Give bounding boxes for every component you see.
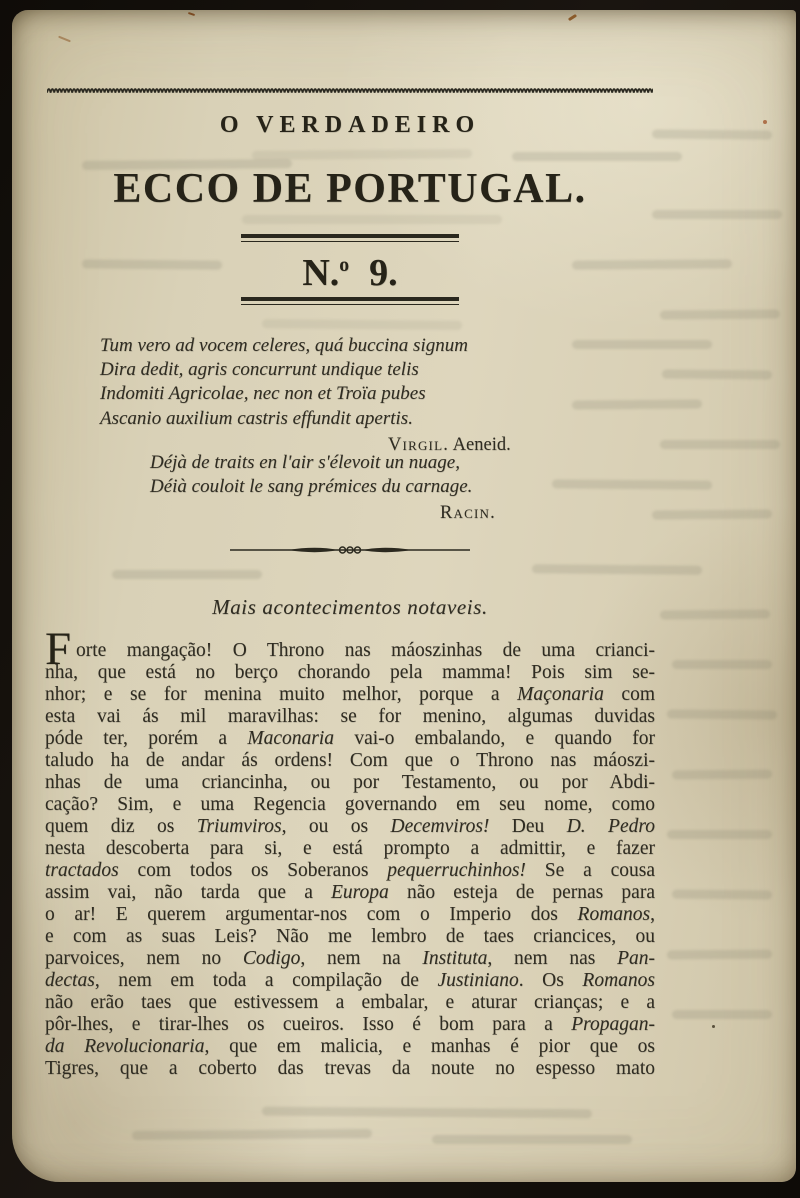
article-text: com [604, 684, 655, 705]
epigraph-line: Tum vero ad vocem celeres, quá buccina s… [100, 334, 511, 358]
article-text: com todos os Soberanos [119, 860, 388, 881]
issue-prefix: N. [302, 252, 339, 294]
article-text: cação? Sim, e uma Regencia governando em… [45, 794, 655, 815]
bleed-through-mark [667, 950, 772, 960]
article-italic-text: dectas [45, 970, 95, 991]
epigraph-line: Dira dedit, agris concurrunt undique tel… [100, 358, 511, 382]
article-line: não erão taes que estivessem a embalar, … [45, 992, 655, 1014]
article-line: tractados com todos os Soberanos pequerr… [45, 860, 655, 882]
epigraph-line: Déjà de traits en l'air s'élevoit un nua… [150, 451, 496, 475]
article-italic-text: Maçonaria [517, 684, 604, 705]
article-text: não esteja de pernas para [389, 882, 655, 903]
latin-epigraph-lines: Tum vero ad vocem celeres, quá buccina s… [100, 334, 511, 431]
article-text: , nem em toda a compilação de [95, 970, 438, 991]
article-text: pôr-lhes, e tirar-lhes os cueiros. Isso … [45, 1014, 571, 1035]
bleed-through-mark [652, 210, 782, 219]
ornament-divider-svg [228, 543, 472, 557]
article-text: póde ter, porém a [45, 728, 247, 749]
article-line: da Revolucionaria, que em malicia, e man… [45, 1036, 655, 1058]
article-line: Tigres, que a coberto das trevas da nout… [45, 1058, 655, 1080]
article-line: nesta descoberta para si, e está prompto… [45, 838, 655, 860]
article-italic-text: Maconaria [247, 728, 334, 749]
issue-ordinal-sign: o [339, 254, 349, 276]
article-italic-text: D. Pedro [567, 816, 655, 837]
article-text: vai-o embalando, e quando for [334, 728, 655, 749]
article-italic-text: Justiniano [438, 970, 519, 991]
bleed-through-mark [672, 770, 772, 780]
article-text: nesta descoberta para si, e está prompto… [45, 838, 655, 859]
masthead-title: ECCO DE PORTUGAL. [45, 165, 655, 213]
epigraph-line: Déià couloit le sang prémices du carnage… [150, 475, 496, 499]
french-epigraph: Déjà de traits en l'air s'élevoit un nua… [150, 451, 496, 524]
bleed-through-mark [652, 509, 772, 519]
article-line: nhor; e se for menina muito melhor, porq… [45, 684, 655, 706]
article-body: orte mangação! O Throno nas máoszinhas d… [45, 640, 655, 1080]
article-line: taludo ha de andar ás ordens! Com que o … [45, 750, 655, 772]
bleed-through-mark [660, 610, 770, 620]
article-text: não erão taes que estivessem a embalar, … [45, 992, 655, 1013]
article-line: pôr-lhes, e tirar-lhes os cueiros. Isso … [45, 1014, 655, 1036]
article-italic-text: Romanos [578, 904, 651, 925]
article-italic-text: Pan- [617, 948, 655, 969]
bleed-through-mark [660, 440, 780, 449]
article-italic-text: Propagan- [571, 1014, 655, 1035]
article-text: assim vai, não tarda que a [45, 882, 331, 903]
article-line: dectas, nem em toda a compilação de Just… [45, 970, 655, 992]
article-italic-text: Instituta [422, 948, 487, 969]
zigzag-rule [47, 82, 653, 93]
article-line: o ar! E querem argumentar-nos com o Impe… [45, 904, 655, 926]
article-text: . Os [519, 970, 583, 991]
article-line: assim vai, não tarda que a Europa não es… [45, 882, 655, 904]
bleed-through-mark [672, 890, 772, 900]
article-line: quem diz os Triumviros, ou os Decemviros… [45, 816, 655, 838]
article-italic-text: Triumviros [197, 816, 282, 837]
bleed-through-mark [660, 309, 780, 319]
article-heading: Mais acontecimentos notaveis. [45, 595, 655, 620]
article-line: póde ter, porém a Maconaria vai-o embala… [45, 728, 655, 750]
article-italic-text: da Revolucionaria [45, 1036, 204, 1057]
article-text: , nem nas [487, 948, 617, 969]
article-text: Se a cousa [526, 860, 655, 881]
ornament-divider [228, 543, 472, 557]
issue-value: 9. [369, 252, 398, 294]
article-italic-text: tractados [45, 860, 119, 881]
article-text: , que em malicia, e manhas é pior que os [204, 1036, 655, 1057]
french-attribution: Racin. [150, 503, 496, 524]
article-italic-text: Codigo [243, 948, 300, 969]
bleed-through-mark [667, 830, 772, 839]
bleed-through-mark [672, 1010, 772, 1019]
french-attribution-author: Racin. [440, 503, 496, 523]
article-text: e com as suas Leis? Não me lembro de tae… [45, 926, 655, 947]
paper-speck [763, 120, 767, 124]
article-text: parvoices, nem no [45, 948, 243, 969]
bleed-through-mark [667, 710, 777, 720]
paper-speck [712, 1025, 715, 1028]
article-text: Tigres, que a coberto das trevas da nout… [45, 1058, 655, 1079]
article-line: e com as suas Leis? Não me lembro de tae… [45, 926, 655, 948]
article-text: , [650, 904, 655, 925]
epigraph-line: Indomiti Agricolae, nec non et Troïa pub… [100, 382, 511, 406]
article-italic-text: Europa [331, 882, 389, 903]
bleed-through-mark [672, 660, 772, 669]
french-epigraph-lines: Déjà de traits en l'air s'élevoit un nua… [150, 451, 496, 499]
bleed-through-mark [662, 370, 772, 380]
article-text: quem diz os [45, 816, 197, 837]
masthead-pretitle: O VERDADEIRO [45, 112, 655, 139]
article-text: nhor; e se for menina muito melhor, porq… [45, 684, 517, 705]
article-text: orte mangação! O Throno nas máoszinhas d… [76, 640, 655, 661]
text-column: O VERDADEIRO ECCO DE PORTUGAL. N.o9. Tum… [45, 10, 655, 1182]
article-line: esta vai ás mil maravilhas: se for menin… [45, 706, 655, 728]
article-text: , ou os [282, 816, 391, 837]
article-line: nhas de uma criancinha, ou por Testament… [45, 772, 655, 794]
article-text: taludo ha de andar ás ordens! Com que o … [45, 750, 655, 771]
newspaper-page: O VERDADEIRO ECCO DE PORTUGAL. N.o9. Tum… [12, 10, 796, 1182]
double-rule-bottom [241, 297, 459, 305]
article-italic-text: Romanos [582, 970, 655, 991]
latin-epigraph: Tum vero ad vocem celeres, quá buccina s… [100, 334, 511, 456]
article-text: esta vai ás mil maravilhas: se for menin… [45, 706, 655, 727]
article-italic-text: pequerruchinhos! [387, 860, 526, 881]
article-line: parvoices, nem no Codigo, nem na Institu… [45, 948, 655, 970]
bleed-through-mark [652, 129, 772, 139]
article-line: nha, que está no berço chorando pela mam… [45, 662, 655, 684]
zigzag-rule-svg [47, 84, 653, 95]
article-text: o ar! E querem argumentar-nos com o Impe… [45, 904, 578, 925]
article-text: , nem na [300, 948, 422, 969]
article-text: nha, que está no berço chorando pela mam… [45, 662, 655, 683]
issue-number: N.o9. [45, 251, 655, 295]
article-line: cação? Sim, e uma Regencia governando em… [45, 794, 655, 816]
epigraph-line: Ascanio auxilium castris effundit aperti… [100, 407, 511, 431]
article-line: orte mangação! O Throno nas máoszinhas d… [45, 640, 655, 662]
article-text: nhas de uma criancinha, ou por Testament… [45, 772, 655, 793]
double-rule-top [241, 234, 459, 242]
article-italic-text: Decemviros! [391, 816, 490, 837]
article-text: Deu [489, 816, 566, 837]
